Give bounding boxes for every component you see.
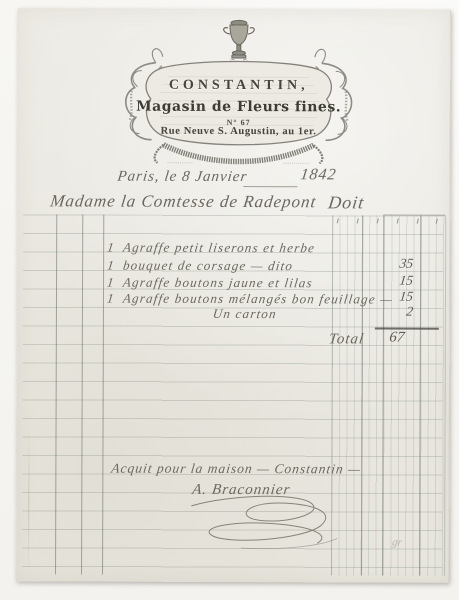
billhead-cartouche: CONSTANTIN, Magasin de Fleurs fines. N° … [115, 15, 362, 174]
date-year: 1842 [299, 166, 337, 184]
item-description: Un carton [212, 306, 278, 322]
photo-backdrop: CONSTANTIN, Magasin de Fleurs fines. N° … [0, 0, 459, 600]
item-quantity: 1 [106, 258, 115, 274]
date-line: Paris, le 8 Janvier [116, 169, 248, 186]
item-quantity: 1 [106, 275, 115, 291]
bottom-swag-icon [155, 145, 323, 164]
total-label: Total [328, 331, 365, 348]
urn-icon [224, 20, 255, 58]
item-price: 15 [372, 272, 414, 288]
business-name: CONSTANTIN, [116, 78, 362, 95]
item-description: Agraffe petit liserons et herbe [122, 240, 316, 257]
item-price: 15 [372, 288, 414, 304]
item-price: 35 [372, 255, 414, 271]
invoice-line-item: Un carton 2 [17, 305, 449, 324]
business-address: Rue Neuve S. Augustin, au 1er. [116, 126, 362, 138]
item-description: bouquet de corsage — dito [122, 258, 294, 275]
acquit-line: Acquit pour la maison — Constantin — [110, 461, 362, 478]
pencil-note: gr [391, 537, 402, 549]
total-amount: 67 [376, 330, 418, 347]
addressee-name: Madame la Comtesse de Radepont [49, 191, 318, 212]
item-quantity: 1 [106, 291, 115, 307]
invoice-paper: CONSTANTIN, Magasin de Fleurs fines. N° … [16, 8, 451, 583]
doit-label: Doit [327, 192, 366, 213]
signature-flourish-icon [181, 492, 351, 553]
item-quantity: 1 [106, 240, 115, 256]
business-tagline: Magasin de Fleurs fines. [116, 99, 362, 116]
item-price: 2 [372, 303, 414, 319]
item-description: Agraffe boutons jaune et lilas [122, 275, 314, 292]
date-dash-line [243, 186, 297, 187]
